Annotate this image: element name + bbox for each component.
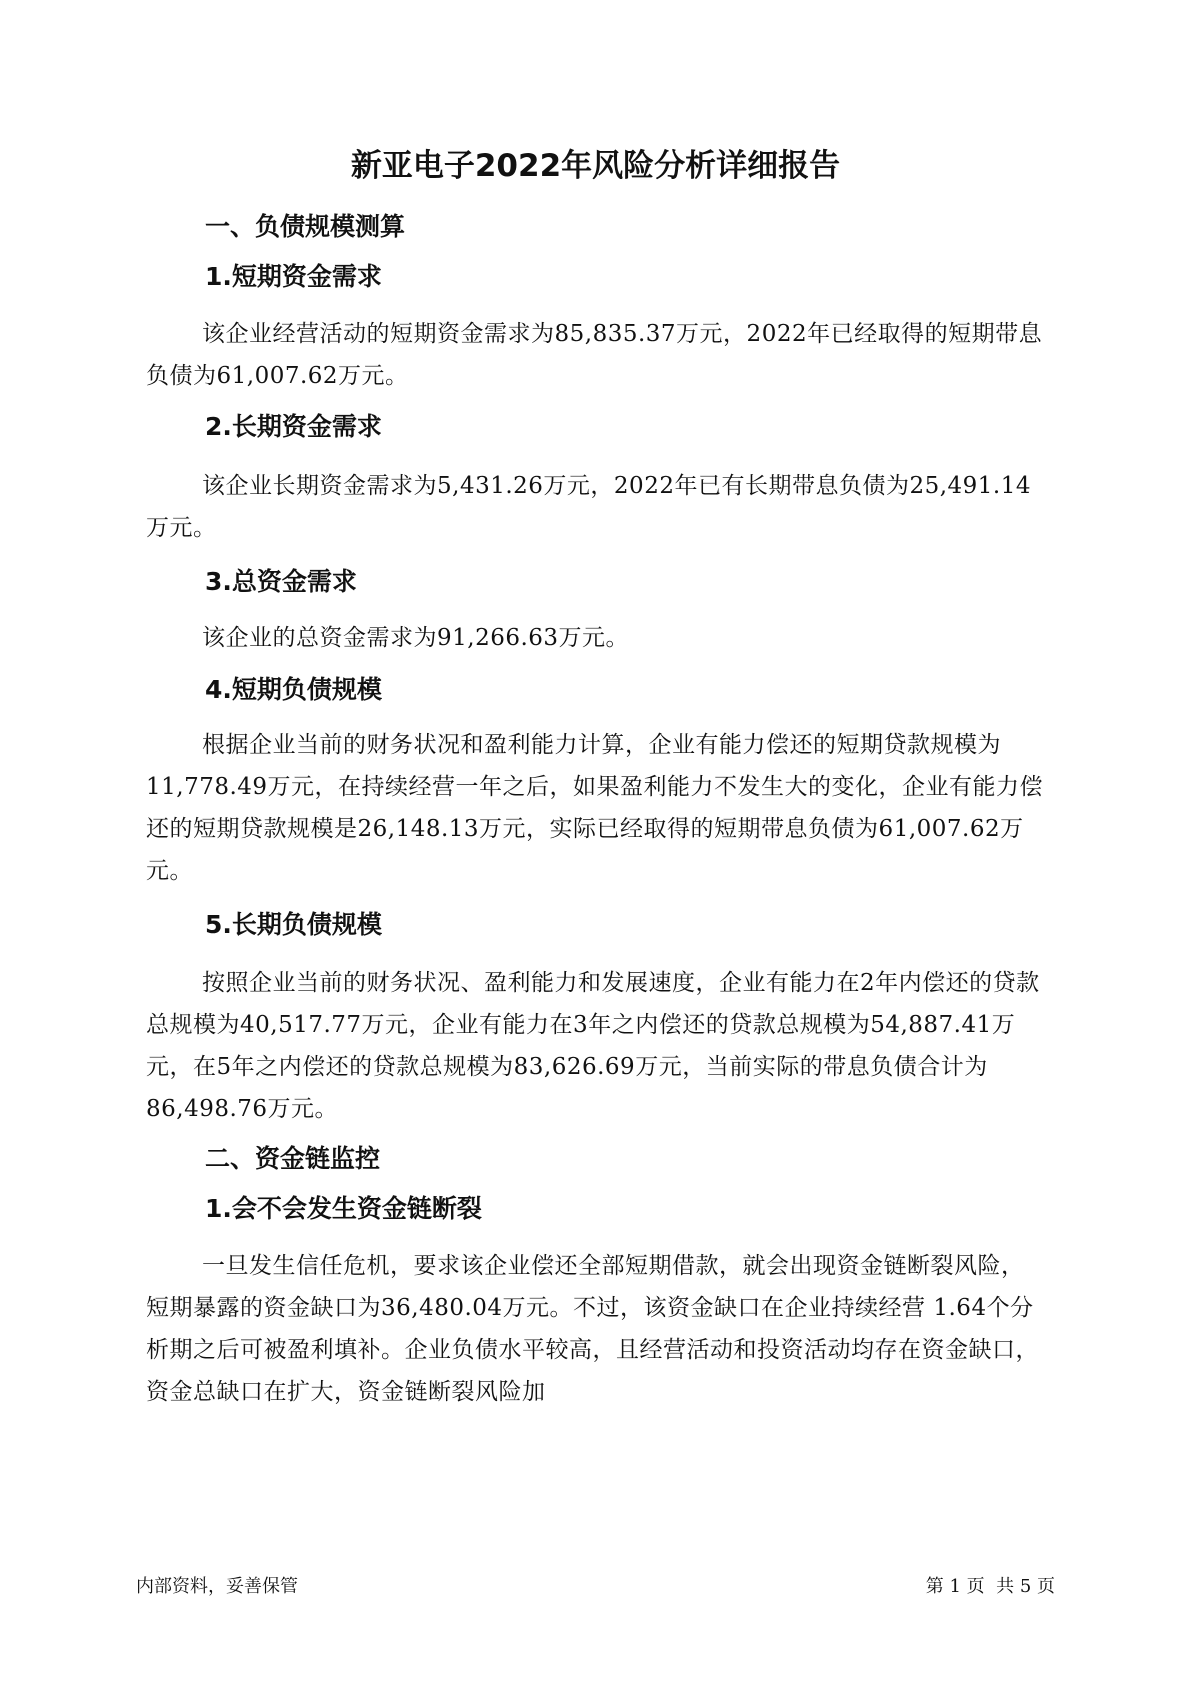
paragraph-short-term-debt: 根据企业当前的财务状况和盈利能力计算，企业有能力偿还的短期贷款规模为11,778… <box>146 724 1046 892</box>
subsection-heading-total-capital: 3.总资金需求 <box>205 565 357 599</box>
document-page: 新亚电子2022年风险分析详细报告 一、负债规模测算 1.短期资金需求 该企业经… <box>0 0 1191 1684</box>
footer-page-number: 第 1 页 共 5 页 <box>926 1572 1055 1598</box>
paragraph-long-term-debt: 按照企业当前的财务状况、盈利能力和发展速度，企业有能力在2年内偿还的贷款总规模为… <box>146 962 1046 1130</box>
document-title: 新亚电子2022年风险分析详细报告 <box>0 146 1191 186</box>
section-heading-debt-scale: 一、负债规模测算 <box>205 210 405 244</box>
subsection-heading-long-term-debt: 5.长期负债规模 <box>205 908 382 942</box>
subsection-heading-chain-break: 1.会不会发生资金链断裂 <box>205 1192 482 1226</box>
subsection-heading-short-term-capital: 1.短期资金需求 <box>205 260 382 294</box>
footer-confidential-note: 内部资料，妥善保管 <box>136 1572 298 1598</box>
paragraph-total-capital: 该企业的总资金需求为91,266.63万元。 <box>146 617 1046 659</box>
section-heading-capital-chain: 二、资金链监控 <box>205 1142 380 1176</box>
paragraph-chain-break: 一旦发生信任危机，要求该企业偿还全部短期借款，就会出现资金链断裂风险，短期暴露的… <box>146 1245 1046 1413</box>
paragraph-long-term-capital: 该企业长期资金需求为5,431.26万元，2022年已有长期带息负债为25,49… <box>146 465 1046 549</box>
subsection-heading-long-term-capital: 2.长期资金需求 <box>205 410 382 444</box>
subsection-heading-short-term-debt: 4.短期负债规模 <box>205 673 382 707</box>
paragraph-short-term-capital: 该企业经营活动的短期资金需求为85,835.37万元，2022年已经取得的短期带… <box>146 313 1046 397</box>
